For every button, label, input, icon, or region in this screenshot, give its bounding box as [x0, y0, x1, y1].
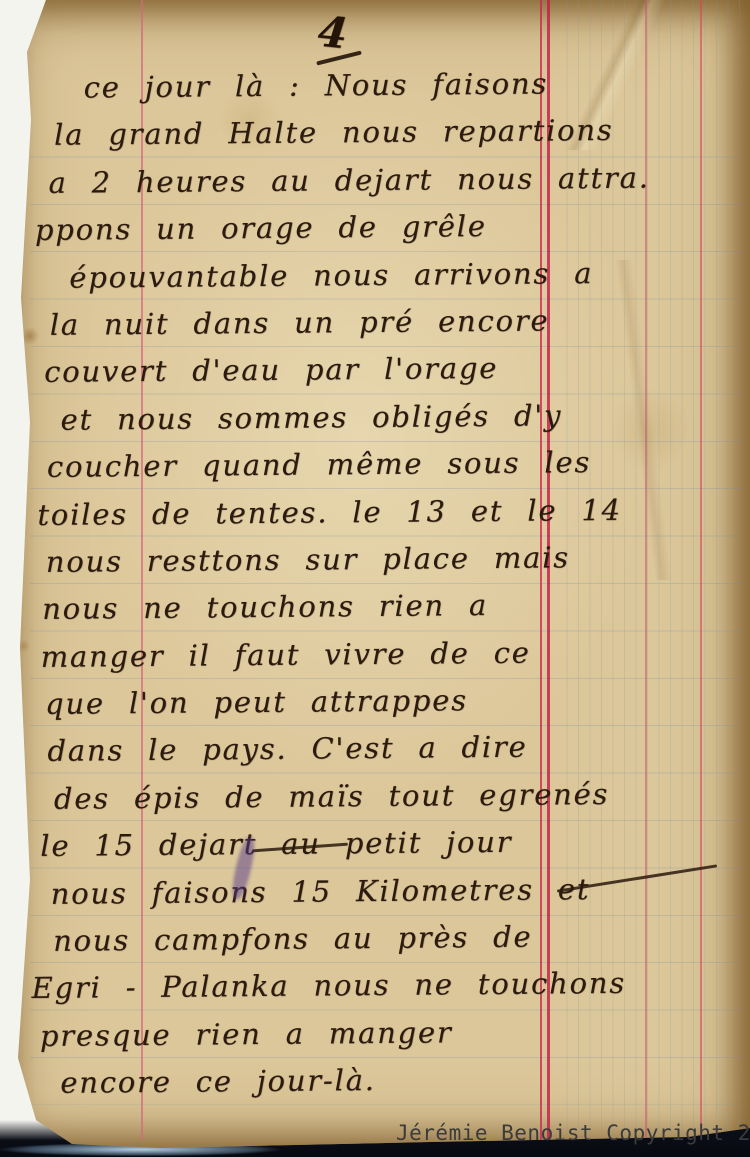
handwriting-line: le 15 dejart au petit jour	[40, 817, 750, 871]
handwriting-line: manger il faut vivre de ce	[40, 627, 750, 681]
scanned-notebook-page: 4 ce jour là : Nous faisons la grand Hal…	[0, 0, 750, 1157]
page-number: 4	[316, 7, 350, 59]
handwriting-line: presque rien a manger	[40, 1007, 750, 1061]
handwriting-line: et nous sommes obligés d'y	[60, 390, 748, 443]
handwriting-line: toiles de tentes. le 13 et le 14	[37, 485, 749, 539]
handwriting-line: ce jour là : Nous faisons	[83, 59, 745, 112]
handwriting-line: que l'on peut attrappes	[45, 675, 750, 729]
copyright-watermark: Jérémie Benoist Copyright 2008	[396, 1121, 750, 1145]
handwriting-line: la grand Halte nous repartions	[54, 106, 746, 159]
handwriting-line: encore ce jour-là.	[60, 1054, 750, 1107]
handwriting-line: des épis de maïs tout egrenés	[54, 770, 750, 823]
handwriting-line: nous ne touchons rien a	[42, 580, 750, 634]
handwriting-line: dans le pays. C'est a dire	[47, 722, 750, 776]
handwritten-text: ce jour là : Nous faisons la grand Halte…	[0, 59, 750, 1108]
handwriting-line: nous faisons 15 Kilometres et	[50, 864, 750, 918]
handwriting-line: a 2 heures au dejart nous attra.	[48, 154, 746, 207]
handwriting-line: coucher quand même sous les	[47, 438, 749, 492]
handwriting-line: ppons un orage de grêle	[35, 201, 747, 255]
handwriting-line: Egri - Palanka nous ne touchons	[31, 959, 750, 1013]
handwriting-line: épouvantable nous arrivons a	[69, 248, 747, 301]
handwriting-line: nous resttons sur place mais	[46, 533, 750, 587]
notebook-paper: 4 ce jour là : Nous faisons la grand Hal…	[0, 0, 750, 1152]
handwriting-line: la nuit dans un pré encore	[50, 296, 748, 349]
handwriting-line: couvert d'eau par l'orage	[44, 343, 748, 397]
handwriting-line: nous campfons au près de	[53, 912, 750, 965]
